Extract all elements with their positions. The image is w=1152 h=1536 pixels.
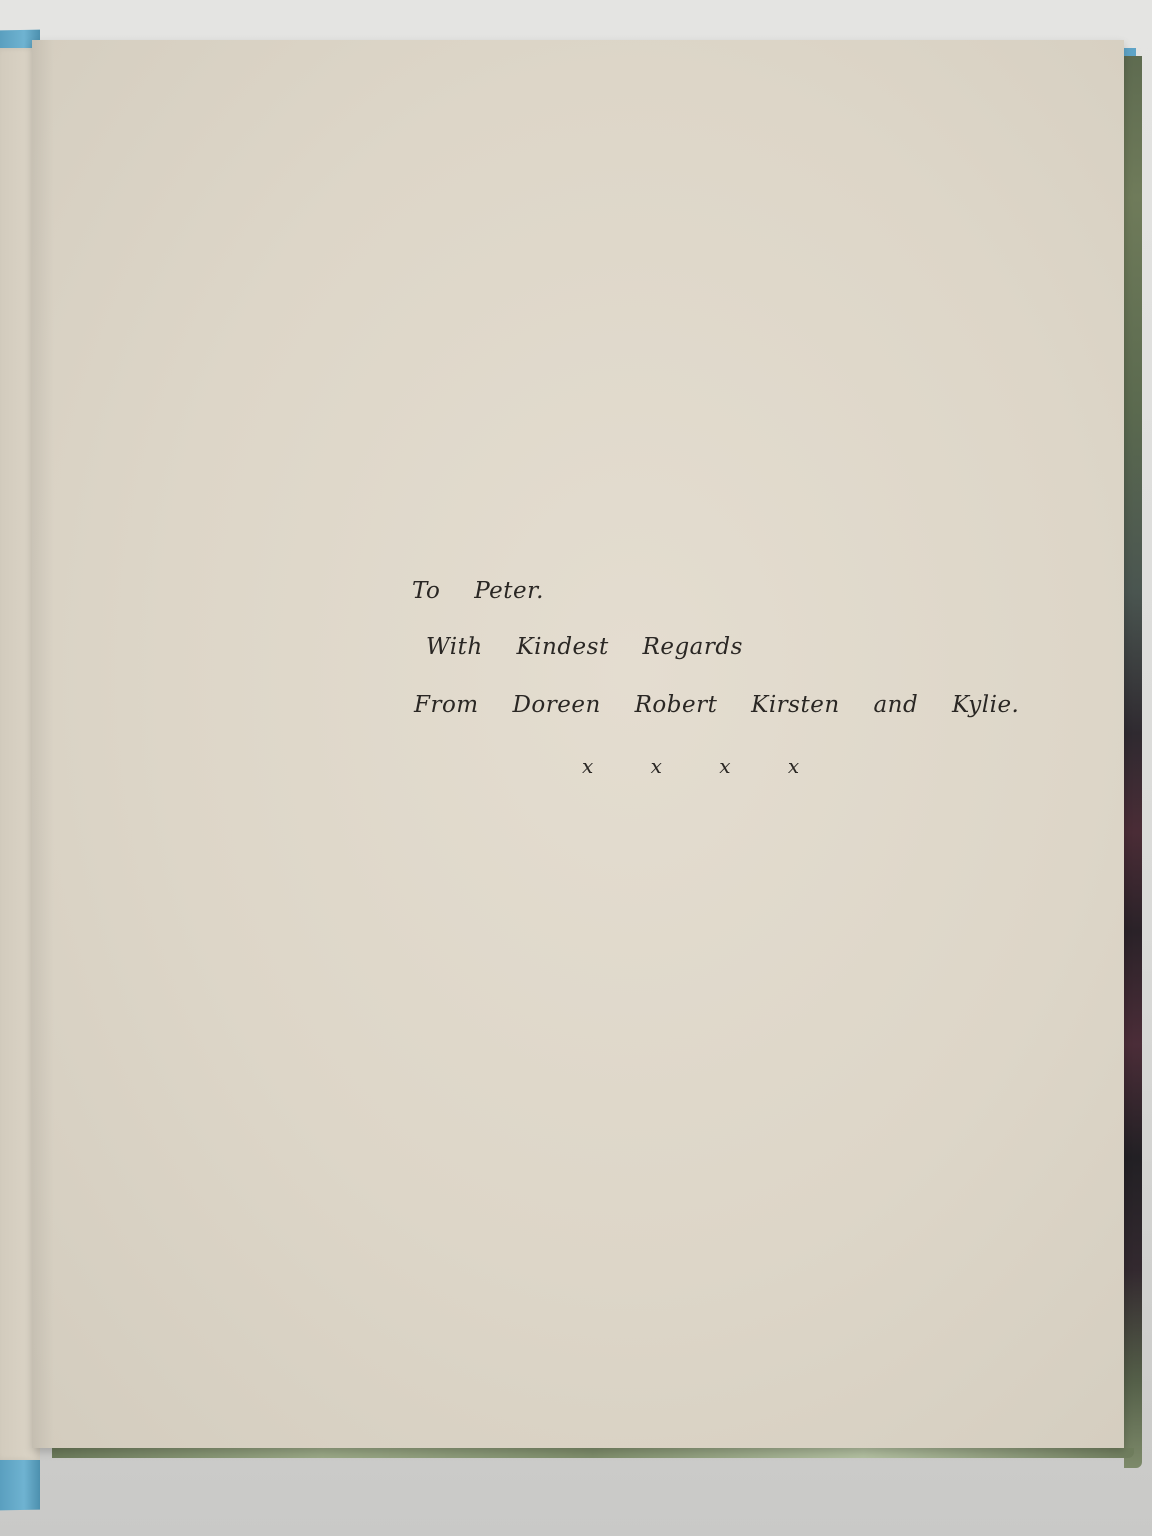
inscription-line-regards: With Kindest Regards <box>426 634 769 660</box>
kiss-mark: x <box>788 754 800 778</box>
kiss-mark: x <box>582 754 594 778</box>
kiss-mark: x <box>651 754 663 778</box>
word: Kindest <box>516 634 608 660</box>
word: Kirsten <box>751 692 840 718</box>
inscription-line-to: To Peter. <box>412 578 570 604</box>
inscription-kisses: x x x x <box>582 754 850 778</box>
inscription-line-from: From Doreen Robert Kirsten and Kylie. <box>414 692 1045 718</box>
word: and <box>873 692 918 718</box>
word: With <box>426 634 483 660</box>
word: Kylie. <box>952 692 1019 718</box>
word: From <box>414 692 479 718</box>
kiss-mark: x <box>719 754 731 778</box>
photo-scene: To Peter. With Kindest Regards From Dore… <box>0 0 1152 1536</box>
word: Doreen <box>512 692 600 718</box>
book-page <box>32 40 1124 1448</box>
page-gutter-shadow <box>32 40 54 1448</box>
book-edge-right <box>1124 56 1142 1468</box>
word: Peter. <box>474 578 544 604</box>
book-edge-bottom <box>52 1448 1134 1458</box>
word: Robert <box>635 692 718 718</box>
word: To <box>412 578 440 604</box>
word: Regards <box>643 634 743 660</box>
